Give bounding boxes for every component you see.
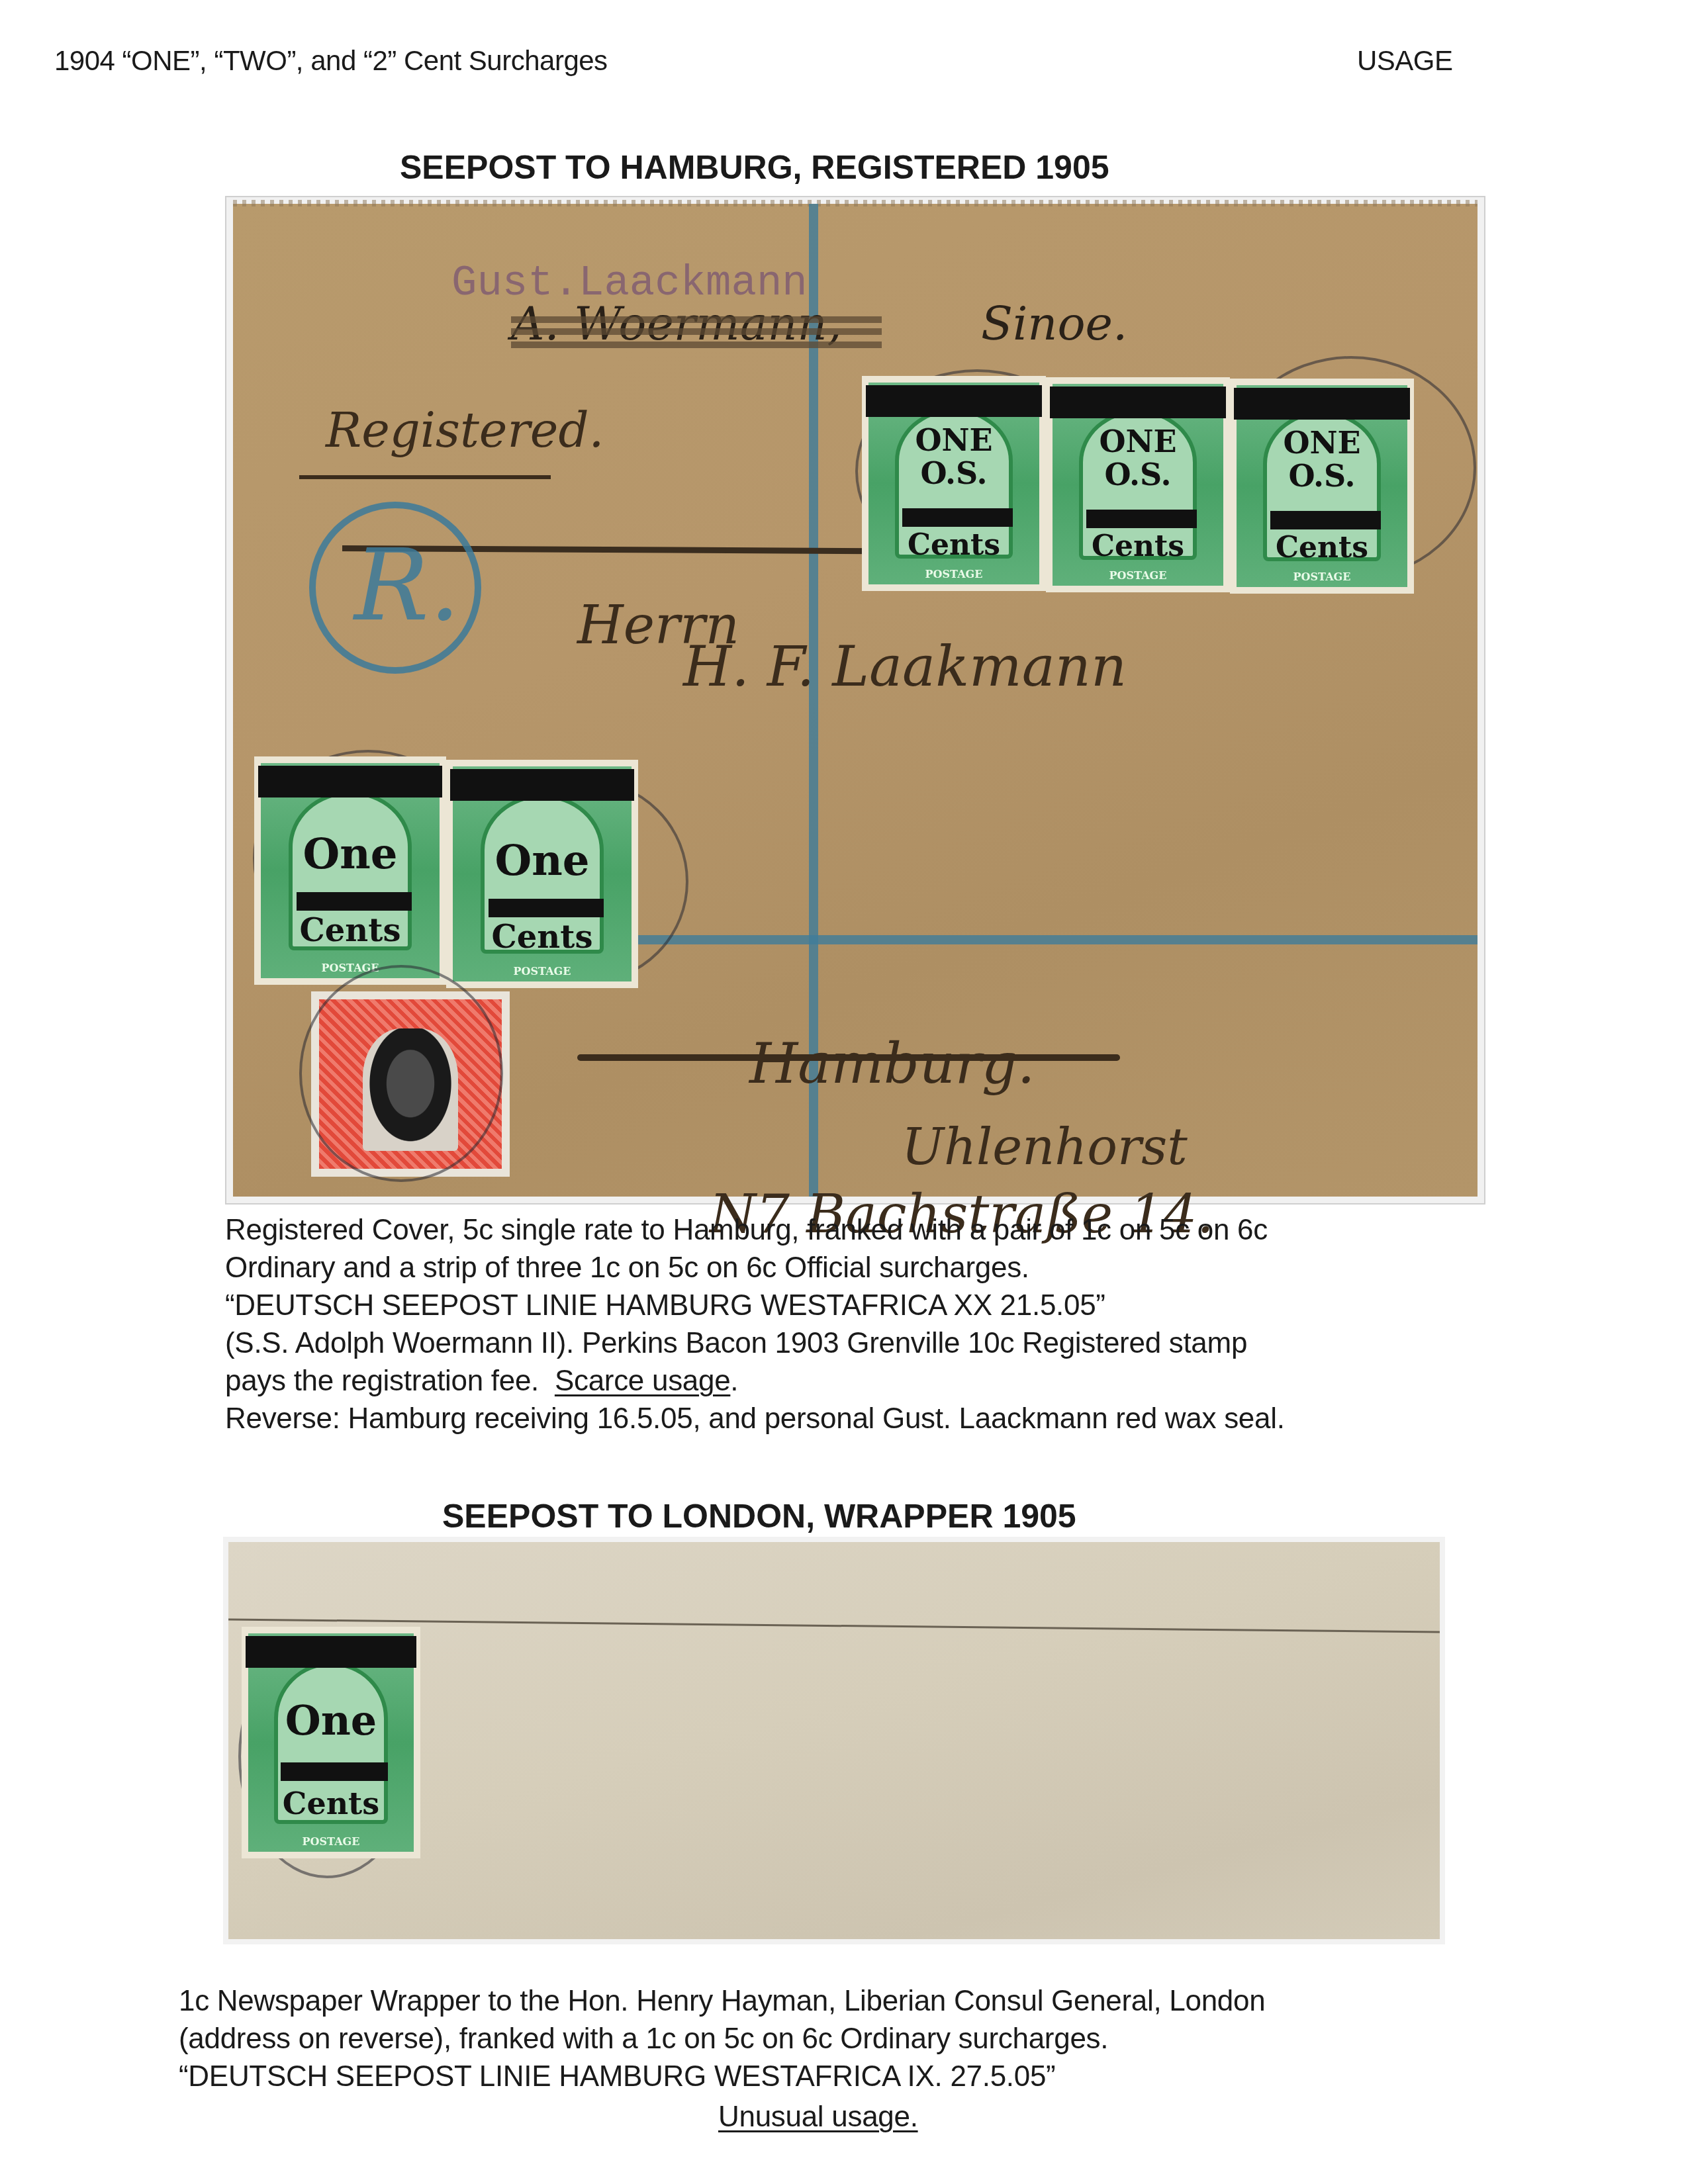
seepost-cancel bbox=[299, 965, 503, 1182]
official-stamp-2: ONE O.S. Cents POSTAGE bbox=[1046, 377, 1230, 592]
unusual-usage-note: Unusual usage. bbox=[718, 2098, 918, 2136]
manuscript-underline bbox=[299, 475, 551, 479]
newspaper-wrapper-image: One Cents POSTAGE bbox=[228, 1542, 1440, 1939]
strike-through bbox=[511, 341, 882, 348]
section-title-london: SEEPOST TO LONDON, WRAPPER 1905 bbox=[442, 1497, 1076, 1535]
ordinary-stamp-1: One Cents POSTAGE bbox=[254, 756, 446, 985]
torn-edge bbox=[233, 200, 1477, 206]
printed-place: Sinoe. bbox=[981, 296, 1127, 351]
registered-cover-image: Gust.Laackmann A. Woermann, Sinoe. Regis… bbox=[233, 204, 1477, 1197]
page-header-category: USAGE bbox=[1357, 45, 1453, 77]
official-stamp-1: ONE O.S. Cents POSTAGE bbox=[862, 376, 1046, 591]
registration-letter: R. bbox=[354, 528, 461, 643]
caption-line: “DEUTSCH SEEPOST LINIE HAMBURG WESTAFRIC… bbox=[179, 2058, 1265, 2095]
caption-line: Registered Cover, 5c single rate to Hamb… bbox=[225, 1211, 1285, 1249]
wrapper-stamp: One Cents POSTAGE bbox=[242, 1627, 420, 1858]
address-line-2: H. F. Laakmann bbox=[683, 634, 1127, 699]
official-stamp-3: ONE O.S. Cents POSTAGE bbox=[1230, 379, 1414, 594]
caption-line: 1c Newspaper Wrapper to the Hon. Henry H… bbox=[179, 1982, 1265, 2020]
address-line-4: Uhlenhorst bbox=[902, 1117, 1188, 1176]
wrapper-description: 1c Newspaper Wrapper to the Hon. Henry H… bbox=[179, 1982, 1265, 2095]
caption-line: pays the registration fee. Scarce usage. bbox=[225, 1362, 1285, 1400]
ordinary-stamp-2: One Cents POSTAGE bbox=[446, 760, 638, 988]
manuscript-registered: Registered. bbox=[326, 402, 604, 458]
caption-line: (S.S. Adolph Woermann II). Perkins Bacon… bbox=[225, 1324, 1285, 1362]
caption-line: Reverse: Hamburg receiving 16.5.05, and … bbox=[225, 1400, 1285, 1437]
registration-r-mark: R. bbox=[309, 502, 481, 674]
section-title-hamburg: SEEPOST TO HAMBURG, REGISTERED 1905 bbox=[400, 148, 1109, 187]
strike-through bbox=[511, 316, 882, 323]
cover-description: Registered Cover, 5c single rate to Hamb… bbox=[225, 1211, 1285, 1437]
caption-line: Ordinary and a strip of three 1c on 5c o… bbox=[225, 1249, 1285, 1287]
scarce-usage-note: Scarce usage bbox=[555, 1365, 730, 1397]
page-header-series: 1904 “ONE”, “TWO”, and “2” Cent Surcharg… bbox=[54, 45, 608, 77]
caption-line: “DEUTSCH SEEPOST LINIE HAMBURG WESTAFRIC… bbox=[225, 1287, 1285, 1324]
strike-through bbox=[511, 328, 882, 335]
caption-line: (address on reverse), franked with a 1c … bbox=[179, 2020, 1265, 2058]
address-line-3: Hamburg. bbox=[749, 1031, 1035, 1096]
address-flourish bbox=[577, 1054, 1120, 1061]
